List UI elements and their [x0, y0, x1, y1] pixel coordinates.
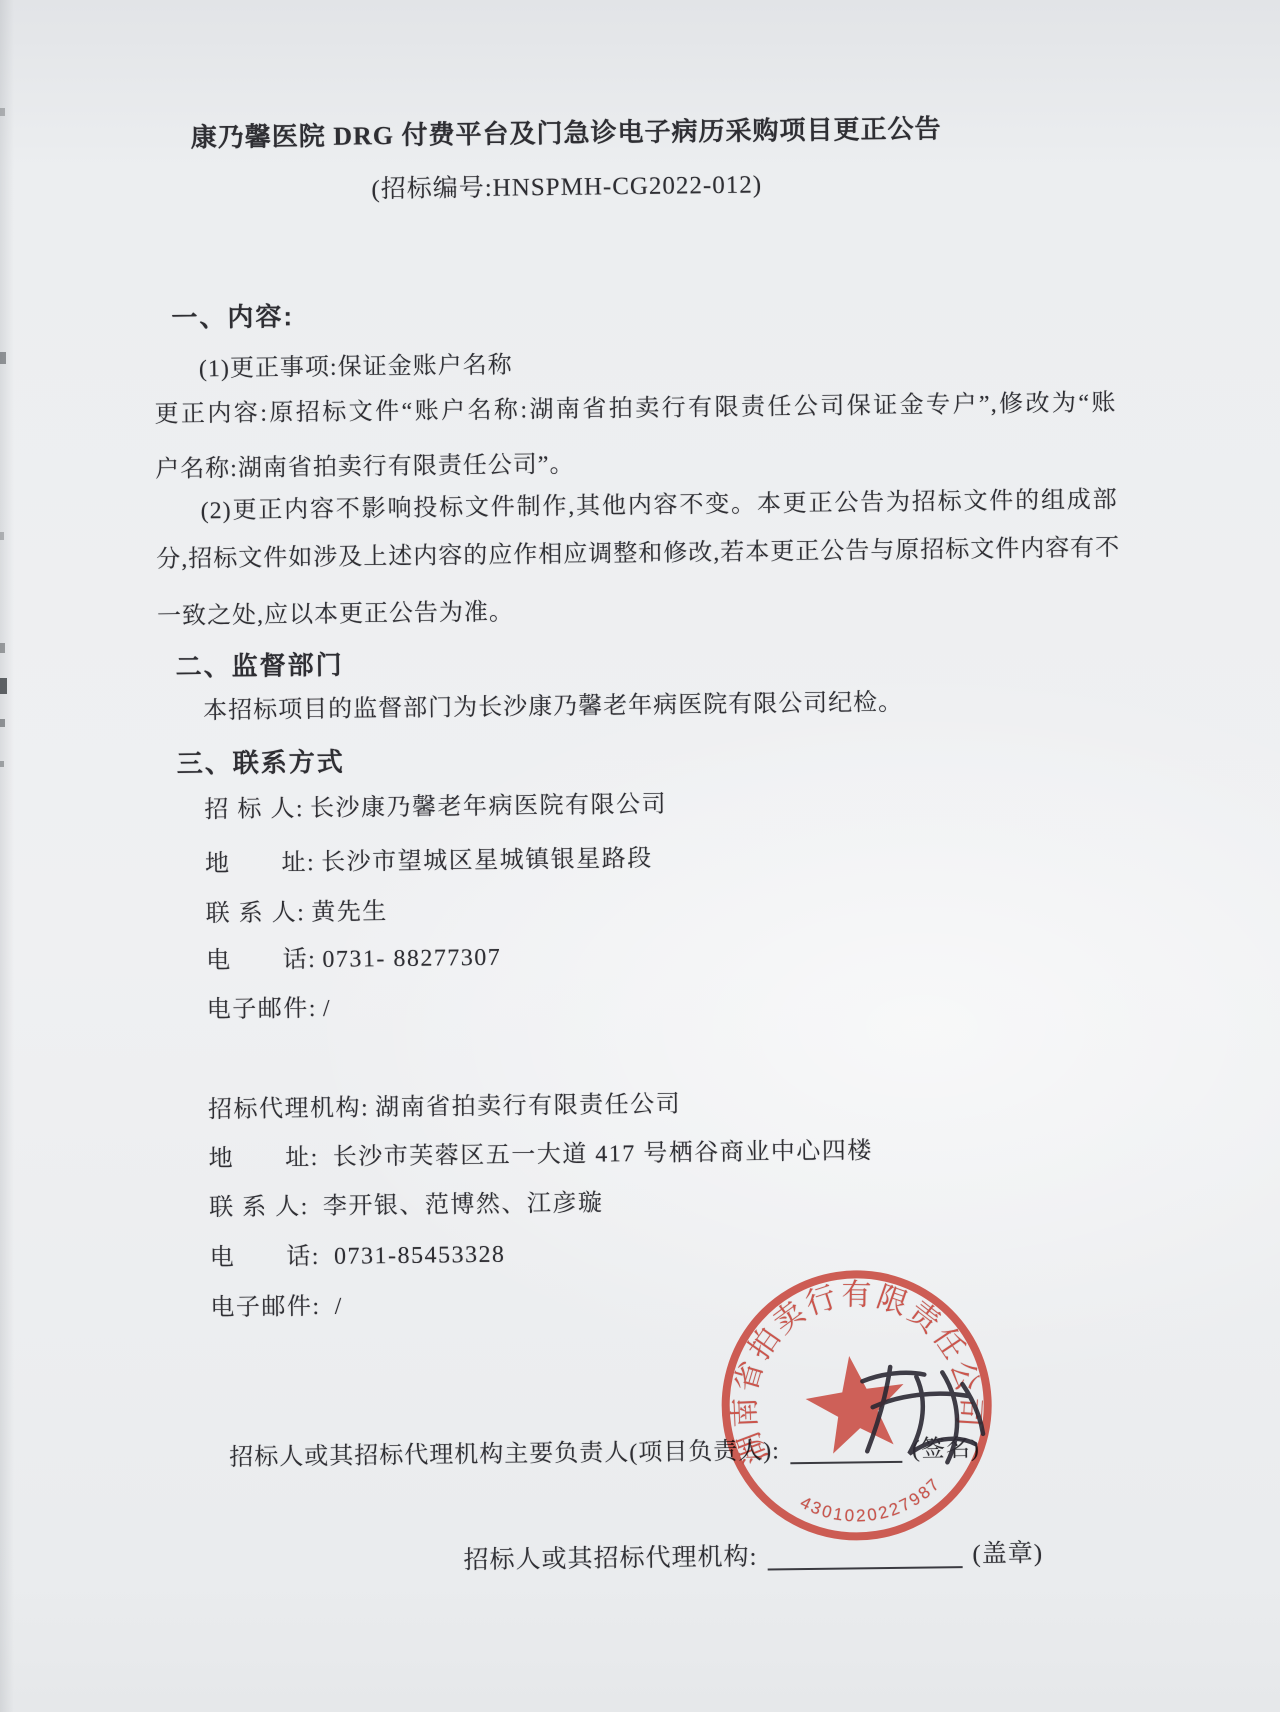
contact-row-address: 地 址:长沙市芙蓉区五一大道 417 号栖谷商业中心四楼: [208, 1136, 872, 1174]
field-value: 长沙市芙蓉区五一大道 417 号栖谷商业中心四楼: [333, 1138, 873, 1171]
scan-edge-artifact: [0, 352, 6, 364]
signoff-suffix: (盖章): [972, 1540, 1043, 1568]
contact-row-person: 联 系 人:黄先生: [205, 897, 388, 929]
field-value: 0731- 88277307: [322, 945, 501, 973]
supervision-body: 本招标项目的监督部门为长沙康乃馨老年病医院有限公司纪检。: [203, 688, 903, 727]
paragraph-line: 更正内容:原招标文件“账户名称:湖南省拍卖行有限责任公司保证金专户”,修改为“账: [154, 388, 1116, 430]
field-label: 招标代理机构:: [208, 1095, 369, 1123]
signoff-label: 招标人或其招标代理机构主要负责人(项目负责人):: [229, 1438, 780, 1471]
document-title: 康乃馨医院 DRG 付费平台及门急诊电子病历采购项目更正公告: [0, 106, 1141, 157]
paragraph-line: 户名称:湖南省拍卖行有限责任公司”。: [155, 450, 575, 485]
scan-edge-artifact: [0, 678, 7, 694]
tender-number: (招标编号:HNSPMH-CG2022-012): [0, 160, 1142, 210]
contact-row-person: 联 系 人:李开银、范博然、江彦璇: [209, 1188, 604, 1223]
handwritten-signature: [844, 1358, 1001, 1490]
field-label: 地 址:: [208, 1145, 318, 1172]
paragraph-line: (1)更正事项:保证金账户名称: [199, 351, 513, 385]
scan-edge-artifact: [0, 719, 5, 727]
field-label: 地 址:: [205, 850, 315, 877]
company-seal-stamp: 湖南省拍卖行有限责任公司 4301020227987: [686, 1234, 1028, 1576]
document-content: 康乃馨医院 DRG 付费平台及门急诊电子病历采购项目更正公告 (招标编号:HNS…: [0, 0, 1280, 1712]
contact-row-phone: 电 话:0731-85453328: [210, 1240, 506, 1274]
field-label: 联 系 人:: [205, 900, 305, 927]
field-value: 李开银、范博然、江彦璇: [323, 1190, 604, 1219]
field-label: 电子邮件:: [210, 1294, 320, 1321]
contact-row-phone: 电 话:0731- 88277307: [206, 943, 502, 977]
field-value: /: [334, 1294, 342, 1320]
scan-edge-artifact: [0, 532, 4, 540]
signoff-signature-row: 招标人或其招标代理机构主要负责人(项目负责人):(签名): [229, 1434, 980, 1473]
signoff-label: 招标人或其招标代理机构:: [463, 1544, 757, 1575]
section-heading-contact: 三、联系方式: [177, 747, 345, 779]
paragraph-line: 一致之处,应以本更正公告为准。: [157, 598, 514, 632]
field-value: 0731-85453328: [334, 1242, 506, 1270]
section-heading-supervision: 二、监督部门: [175, 650, 343, 682]
contact-row-email: 电子邮件:/: [207, 994, 332, 1026]
field-value: 长沙康乃馨老年病医院有限公司: [310, 792, 667, 822]
field-value: 长沙市望城区星城镇银星路段: [321, 846, 653, 876]
field-label: 电子邮件:: [207, 996, 317, 1023]
field-label: 电 话:: [206, 947, 316, 974]
field-value: 黄先生: [311, 899, 388, 926]
paragraph-line: 分,招标文件如涉及上述内容的应作相应调整和修改,若本更正公告与原招标文件内容有不: [156, 533, 1118, 575]
field-label: 联 系 人:: [209, 1194, 309, 1221]
scanned-document-page: 康乃馨医院 DRG 付费平台及门急诊电子病历采购项目更正公告 (招标编号:HNS…: [0, 0, 1280, 1712]
scan-edge-artifact: [0, 108, 5, 116]
scan-edge-artifact: [0, 761, 4, 767]
signoff-suffix: (签名): [912, 1436, 980, 1463]
contact-row-agency: 招标代理机构:湖南省拍卖行有限责任公司: [208, 1090, 682, 1126]
signature-blank-line: [790, 1435, 902, 1464]
contact-row-address: 地 址:长沙市望城区星城镇银星路段: [205, 844, 653, 879]
scan-edge-artifact: [0, 643, 5, 653]
paragraph-line: (2)更正内容不影响投标文件制作,其他内容不变。本更正公告为招标文件的组成部: [201, 485, 1118, 526]
field-label: 招 标 人:: [204, 796, 304, 823]
contact-row-tenderer: 招 标 人:长沙康乃馨老年病医院有限公司: [204, 790, 667, 826]
field-label: 电 话:: [210, 1244, 320, 1271]
stamp-serial-arc-text: 4301020227987: [795, 1472, 949, 1535]
seal-blank-line: [767, 1540, 962, 1570]
contact-row-email: 电子邮件:/: [210, 1292, 343, 1324]
field-value: /: [323, 996, 331, 1022]
svg-text:4301020227987: 4301020227987: [795, 1472, 949, 1535]
section-heading-content: 一、内容:: [171, 301, 294, 332]
field-value: 湖南省拍卖行有限责任公司: [375, 1092, 681, 1122]
stamp-ring: [707, 1256, 1006, 1555]
signoff-seal-row: 招标人或其招标代理机构:(盖章): [463, 1539, 1043, 1576]
